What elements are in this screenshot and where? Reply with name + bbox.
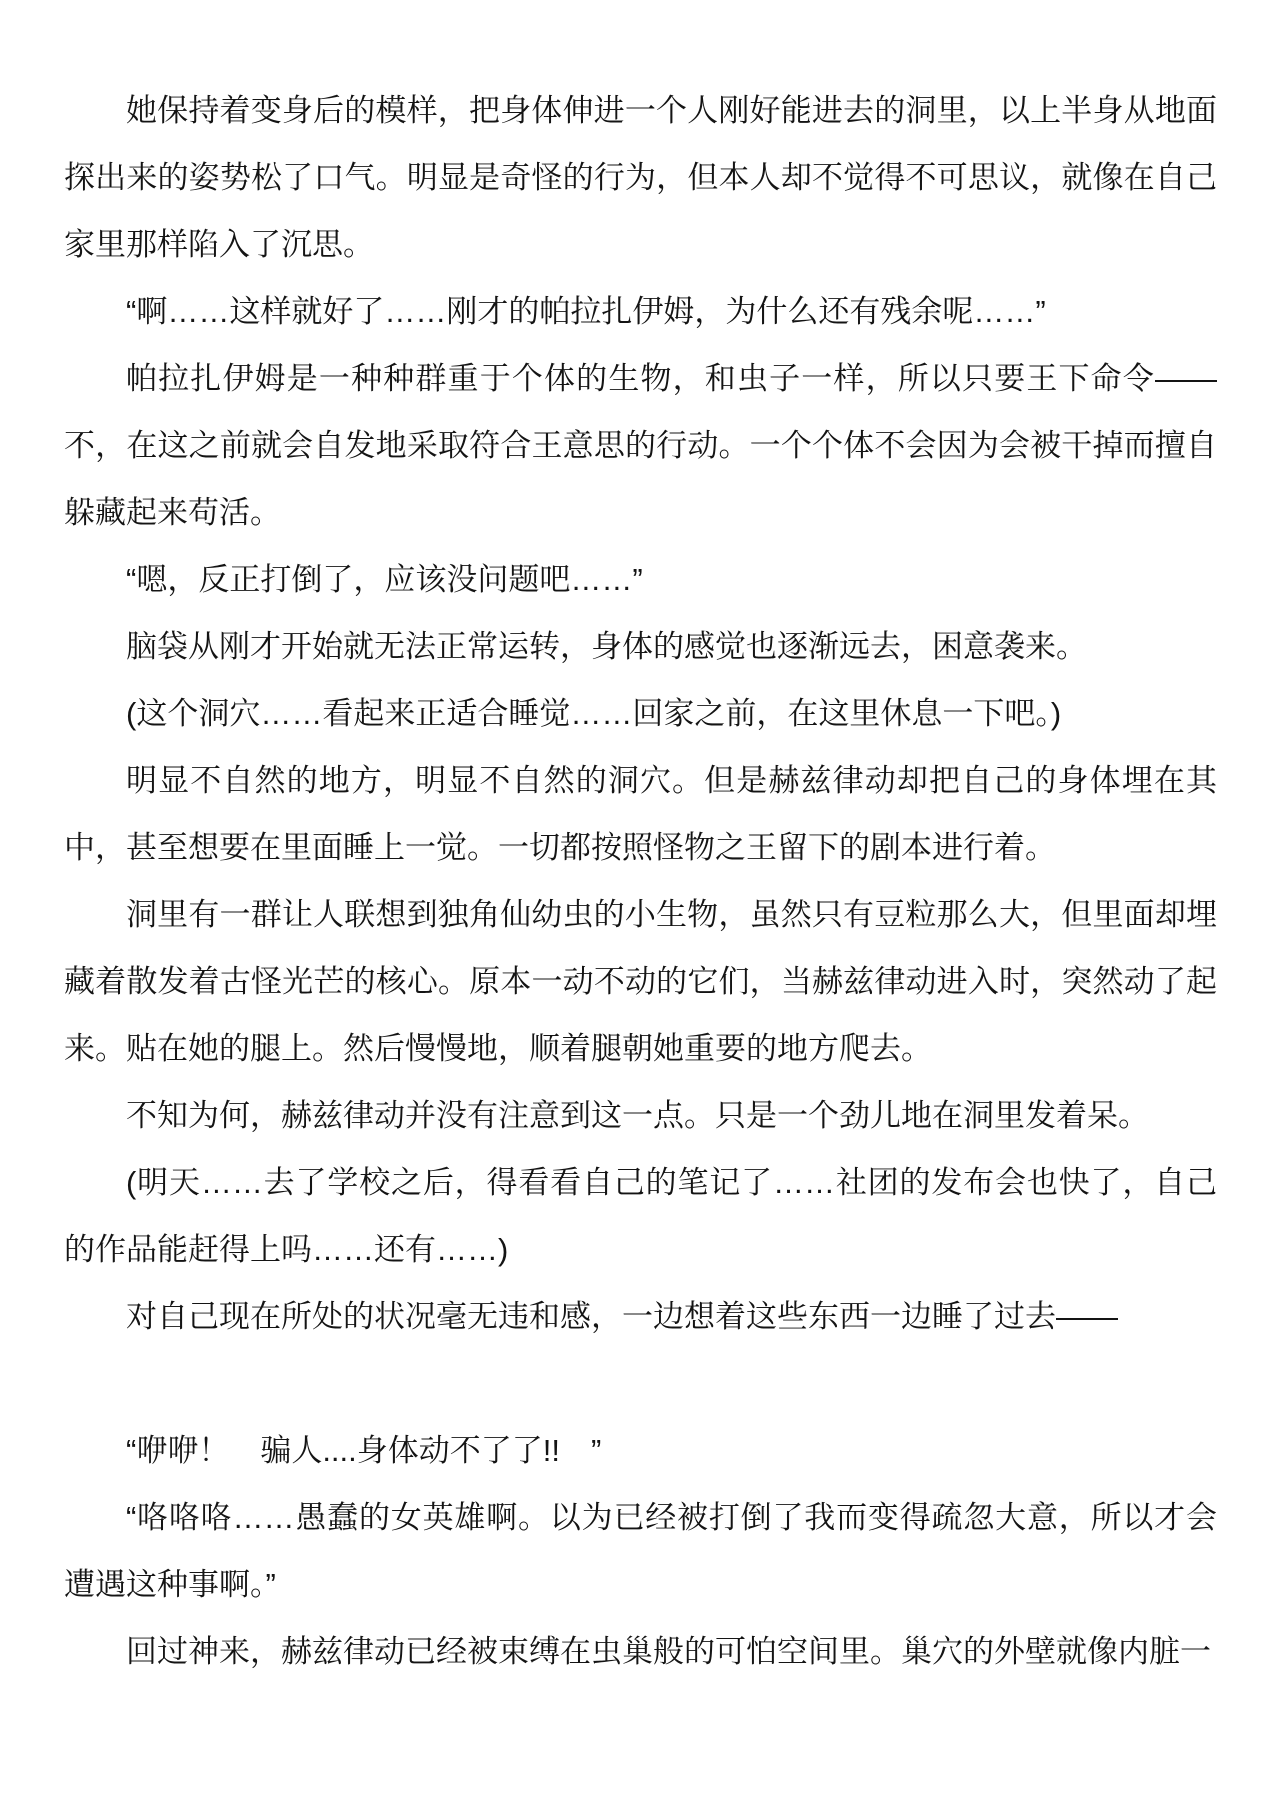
narration-paragraph: 不知为何，赫兹律动并没有注意到这一点。只是一个劲儿地在洞里发着呆。 bbox=[64, 1082, 1217, 1149]
narration-paragraph: 洞里有一群让人联想到独角仙幼虫的小生物，虽然只有豆粒那么大，但里面却埋藏着散发着… bbox=[64, 881, 1217, 1082]
narration-paragraph: 回过神来，赫兹律动已经被束缚在虫巢般的可怕空间里。巢穴的外壁就像内脏一 bbox=[64, 1618, 1217, 1685]
dialogue-line: “嗯，反正打倒了，应该没问题吧……” bbox=[64, 546, 1217, 613]
narration-paragraph: 明显不自然的地方，明显不自然的洞穴。但是赫兹律动却把自己的身体埋在其中，甚至想要… bbox=[64, 747, 1217, 881]
blank-line bbox=[64, 1350, 1217, 1417]
dialogue-line: “啊……这样就好了……刚才的帕拉扎伊姆，为什么还有残余呢……” bbox=[64, 278, 1217, 345]
document-page: { "theme": { "background": "#ffffff", "t… bbox=[0, 0, 1280, 1810]
narration-paragraph: 脑袋从刚才开始就无法正常运转，身体的感觉也逐渐远去，困意袭来。 bbox=[64, 613, 1217, 680]
dialogue-line: “咯咯咯……愚蠢的女英雄啊。以为已经被打倒了我而变得疏忽大意，所以才会遭遇这种事… bbox=[64, 1484, 1217, 1618]
dialogue-line: “咿咿！ 骗人....身体动不了了!! ” bbox=[64, 1417, 1217, 1484]
novel-page: 她保持着变身后的模样，把身体伸进一个人刚好能进去的洞里，以上半身从地面探出来的姿… bbox=[0, 0, 1280, 1810]
inner-thought-line: (这个洞穴……看起来正适合睡觉……回家之前，在这里休息一下吧。) bbox=[64, 680, 1217, 747]
narration-paragraph: 帕拉扎伊姆是一种种群重于个体的生物，和虫子一样，所以只要王下命令——不，在这之前… bbox=[64, 345, 1217, 546]
narration-paragraph: 对自己现在所处的状况毫无违和感，一边想着这些东西一边睡了过去—— bbox=[64, 1283, 1217, 1350]
inner-thought-line: (明天……去了学校之后，得看看自己的笔记了……社团的发布会也快了，自己的作品能赶… bbox=[64, 1149, 1217, 1283]
narration-paragraph: 她保持着变身后的模样，把身体伸进一个人刚好能进去的洞里，以上半身从地面探出来的姿… bbox=[64, 77, 1217, 278]
